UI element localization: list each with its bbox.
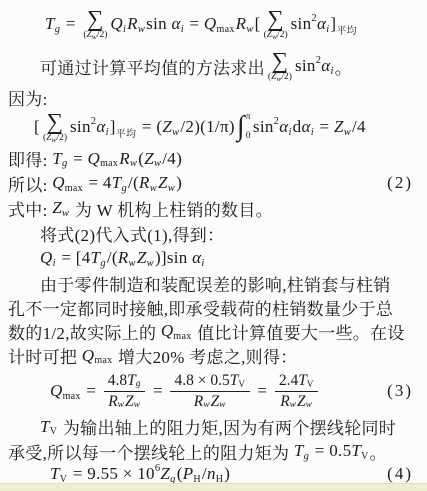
text-line: 承受,所以每一个摆线轮上的阻力矩为 Tg = 0.5TV。 (8, 439, 419, 463)
formula-line: [∑(Zw/2)sin2αi]平均 = (Zw/2)(1/π)∫π0sin2αi… (8, 108, 419, 146)
formula-line: TV = 9.55 × 106Zg(PH/nH)(4) (8, 463, 419, 485)
formula-line: Tg = ∑(Zw/2)QiRwsin αi = QmaxRw[∑(Zw/2)s… (8, 2, 419, 46)
sum-operator: ∑(Zw/2) (264, 8, 288, 40)
text-line: 计时可把 Qmax 增大20% 考虑之,则得： (8, 343, 419, 368)
text-line: 将式(2)代入式(1),得到： (8, 221, 419, 245)
scan-edge-strip (0, 483, 427, 491)
integral-glyph: ∫ (237, 113, 245, 141)
text-line: 由于零件制造和装配误差的影响,柱销套与柱销 (8, 271, 419, 295)
text-line: 所以: Qmax = 4Tg/(RwZw)(2) (8, 171, 419, 195)
sigma-glyph: ∑ (272, 50, 289, 72)
sum-operator: ∑(Zw/2) (43, 111, 67, 143)
equation-number: (4) (387, 464, 413, 484)
fraction: 4.8TgRwZw (104, 372, 146, 410)
fraction: 2.4TVRwZw (275, 372, 319, 410)
equation-number: (3) (387, 381, 413, 401)
text-line: 式中: Zw 为 W 机构上柱销的数目。 (8, 195, 419, 221)
fraction: 4.8 × 0.5TVRwZw (170, 372, 249, 410)
text-line: TV 为输出轴上的阻力矩,因为有两个摆线轮同时 (8, 414, 419, 439)
sum-operator: ∑(Zw/2) (83, 8, 107, 40)
page: Tg = ∑(Zw/2)QiRwsin αi = QmaxRw[∑(Zw/2)s… (0, 0, 427, 491)
formula-line: Qmax = 4.8TgRwZw = 4.8 × 0.5TVRwZw = 2.4… (8, 368, 419, 414)
text-line: 因为: (8, 86, 419, 108)
sum-operator: ∑(Zw/2) (268, 50, 292, 82)
text-line: 即得: Tg = QmaxRw(Zw/4) (8, 146, 419, 171)
text-line: 孔不一定都同时接触,即承受载荷的柱销数量少于总 (8, 295, 419, 319)
sigma-glyph: ∑ (47, 111, 64, 133)
text-line: 可通过计算平均值的方法求出∑(Zw/2)sin2αi。 (8, 46, 419, 86)
equation-number: (2) (387, 173, 413, 193)
document-content: Tg = ∑(Zw/2)QiRwsin αi = QmaxRw[∑(Zw/2)s… (8, 2, 419, 485)
sigma-glyph: ∑ (267, 8, 284, 30)
formula-line: Qi = [4Tg/(RwZw)]sin αi (8, 245, 419, 271)
text-line: 数的1/2,故实际上的 Qmax 值比计算值要大一些。在设 (8, 319, 419, 343)
sigma-glyph: ∑ (87, 8, 104, 30)
integral-operator: ∫π0 (237, 113, 251, 141)
